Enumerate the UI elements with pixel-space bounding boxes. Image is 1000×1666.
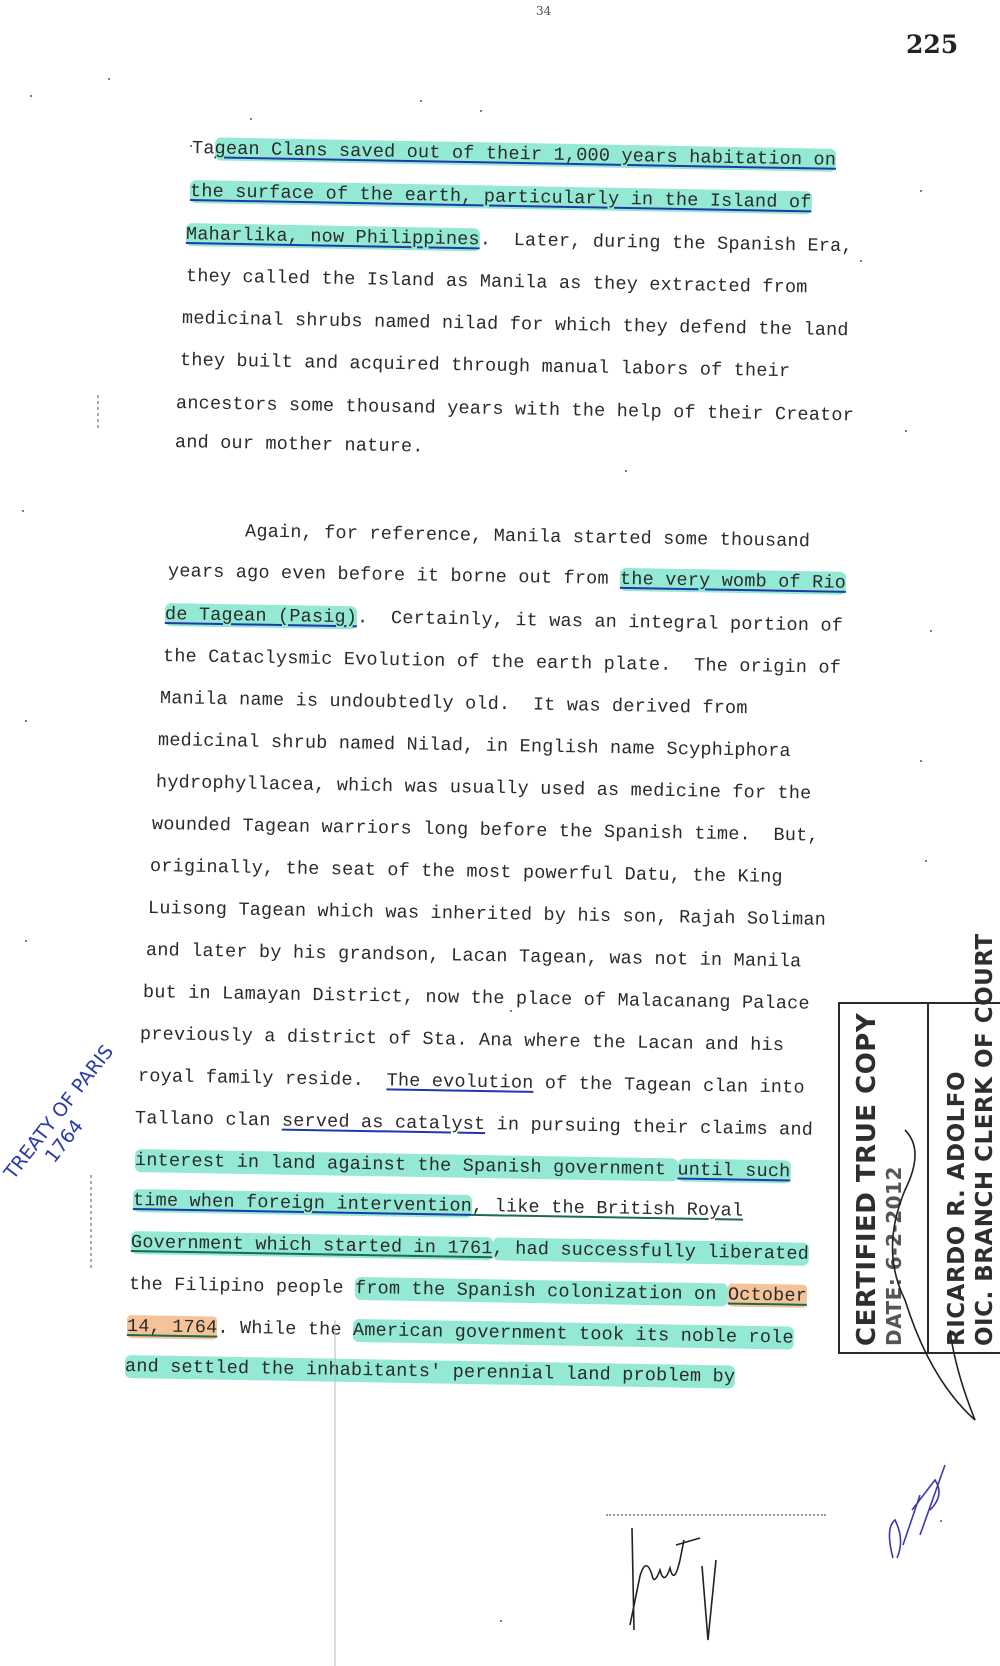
highlighted-text: until such — [677, 1158, 790, 1183]
text-line: the Filipino people from the Spanish col… — [129, 1274, 807, 1307]
scan-speck — [22, 510, 24, 512]
text-line: royal family reside. The evolution of th… — [138, 1066, 805, 1099]
text-segment: Manila name is undoubtedly old. It was d… — [160, 688, 748, 719]
text-line: but in Lamayan District, now the place o… — [143, 982, 810, 1015]
text-line: Manila name is undoubtedly old. It was d… — [160, 688, 748, 719]
scan-speck — [510, 1010, 512, 1012]
scan-speck — [420, 100, 422, 102]
text-line: the surface of the earth, particularly i… — [190, 181, 812, 213]
scan-speck — [480, 110, 482, 112]
stamp-divider — [927, 1004, 929, 1352]
scan-speck — [25, 720, 27, 722]
highlighted-text: interest in land against the Spanish gov… — [135, 1149, 678, 1181]
text-line: Tagean Clans saved out of their 1,000 ye… — [192, 138, 836, 171]
text-segment: originally, the seat of the most powerfu… — [150, 856, 783, 888]
text-segment: The evolution — [386, 1070, 533, 1094]
scan-speck — [25, 940, 27, 942]
text-line: Luisong Tagean which was inherited by hi… — [148, 898, 826, 931]
text-segment: . Certainly, it was an integral portion … — [357, 607, 843, 636]
text-line: originally, the seat of the most powerfu… — [150, 856, 783, 888]
text-segment: the Filipino people — [129, 1274, 355, 1299]
highlighted-text: the very womb of Rio — [620, 568, 846, 595]
highlighted-text: from the Spanish colonization on — [355, 1277, 728, 1307]
text-segment: ancestors some thousand years with the h… — [176, 393, 854, 426]
top-mark: 34 — [536, 4, 551, 18]
text-segment: . Later, during the Spanish Era, — [480, 229, 853, 257]
text-line: they called the Island as Manila as they… — [186, 266, 808, 298]
highlighted-text: time when foreign intervention — [133, 1189, 472, 1218]
text-segment: years ago even before it borne out from — [168, 561, 620, 590]
scan-speck — [920, 760, 922, 762]
highlighted-text: Maharlika, now Philippines — [186, 223, 480, 251]
text-line: interest in land against the Spanish gov… — [135, 1150, 791, 1182]
text-segment: wounded Tagean warriors long before the … — [152, 814, 819, 847]
text-segment: Again, for reference, Manila started som… — [166, 520, 810, 552]
text-segment: they built and acquired through manual l… — [180, 350, 791, 382]
text-line: de Tagean (Pasig). Certainly, it was an … — [165, 604, 843, 637]
signature-dotted-line — [606, 1514, 826, 1516]
stamp-date: DATE: 6-2-2012 — [882, 1166, 906, 1346]
scan-speck — [925, 860, 927, 862]
scan-speck — [920, 190, 922, 192]
text-segment: Tallano clan — [135, 1108, 282, 1132]
text-line: years ago even before it borne out from … — [168, 561, 846, 594]
text-line: medicinal shrub named Nilad, in English … — [158, 730, 791, 762]
text-line: Maharlika, now Philippines. Later, durin… — [186, 224, 853, 257]
text-line: wounded Tagean warriors long before the … — [152, 814, 819, 847]
scan-speck — [250, 118, 252, 120]
text-line: Again, for reference, Manila started som… — [166, 520, 810, 552]
scan-speck — [905, 430, 907, 432]
text-segment: of the Tagean clan into — [533, 1073, 805, 1099]
text-segment: the Cataclysmic Evolution of the earth p… — [163, 646, 841, 679]
text-segment: medicinal shrubs named nilad for which t… — [182, 308, 849, 341]
scan-speck — [108, 78, 110, 80]
text-segment: but in Lamayan District, now the place o… — [143, 982, 810, 1015]
text-line: previously a district of Sta. Ana where … — [140, 1024, 784, 1056]
highlighted-text: and settled the inhabitants' perennial l… — [125, 1355, 736, 1389]
highlighted-text: American government took its noble role — [353, 1319, 794, 1350]
text-segment: medicinal shrub named Nilad, in English … — [158, 730, 791, 762]
text-segment: , like the British Royal — [472, 1196, 744, 1222]
scan-speck — [580, 320, 582, 322]
text-line: and our mother nature. — [175, 432, 424, 458]
scan-speck — [930, 630, 932, 632]
text-line: and settled the inhabitants' perennial l… — [125, 1356, 736, 1388]
text-segment: Ta — [192, 138, 215, 159]
text-segment: and our mother nature. — [175, 432, 424, 458]
certified-true-copy-stamp: CERTIFIED TRUE COPY DATE: 6-2-2012 RICAR… — [838, 1002, 1000, 1354]
text-line: time when foreign intervention, like the… — [133, 1190, 744, 1222]
text-segment: royal family reside. — [138, 1066, 387, 1091]
text-segment: . While the — [217, 1318, 353, 1341]
highlighted-text: October — [728, 1283, 808, 1307]
text-segment: in pursuing their claims and — [485, 1114, 813, 1141]
highlighted-text: Government which started in 1761 — [131, 1231, 493, 1260]
stamp-officer-name: RICARDO R. ADOLFO — [944, 1071, 970, 1346]
text-line: the Cataclysmic Evolution of the earth p… — [163, 646, 841, 679]
text-line: ancestors some thousand years with the h… — [176, 393, 854, 426]
text-line: and later by his grandson, Lacan Tagean,… — [146, 940, 802, 972]
scan-speck — [500, 1620, 502, 1622]
scan-speck — [190, 145, 192, 147]
blue-initials-icon — [889, 1465, 945, 1558]
scan-speck — [860, 260, 862, 262]
text-segment: hydrophyllacea, which was usually used a… — [156, 772, 812, 804]
stamp-officer-title: OIC. BRANCH CLERK OF COURT — [972, 933, 998, 1346]
text-line: Government which started in 1761, had su… — [131, 1232, 809, 1265]
text-segment: and later by his grandson, Lacan Tagean,… — [146, 940, 802, 972]
highlighted-text: gean Clans saved out of their 1,000 year… — [214, 137, 836, 171]
text-line: 14, 1764. While the American government … — [127, 1316, 794, 1349]
stamp-title: CERTIFIED TRUE COPY — [852, 1013, 882, 1346]
highlighted-text: the surface of the earth, particularly i… — [190, 180, 812, 214]
margin-handwritten-note: TREATY OF PARIS 1764 — [0, 1041, 135, 1197]
page-number: 225 — [906, 30, 958, 59]
text-segment: served as catalyst — [282, 1111, 486, 1136]
highlighted-text: 14, 1764 — [127, 1315, 218, 1340]
text-line: medicinal shrubs named nilad for which t… — [182, 308, 849, 341]
text-segment: they called the Island as Manila as they… — [186, 266, 808, 298]
scan-speck — [30, 95, 32, 97]
scan-speck — [625, 470, 627, 472]
highlighted-text: , had successfully liberated — [492, 1237, 809, 1266]
bottom-signature-icon — [630, 1528, 716, 1640]
text-line: they built and acquired through manual l… — [180, 350, 791, 382]
scan-speck — [940, 1520, 942, 1522]
text-line: hydrophyllacea, which was usually used a… — [156, 772, 812, 804]
text-line: Tallano clan served as catalyst in pursu… — [135, 1108, 813, 1141]
text-segment: previously a district of Sta. Ana where … — [140, 1024, 784, 1056]
highlighted-text: de Tagean (Pasig) — [165, 603, 358, 629]
text-segment: Luisong Tagean which was inherited by hi… — [148, 898, 826, 931]
